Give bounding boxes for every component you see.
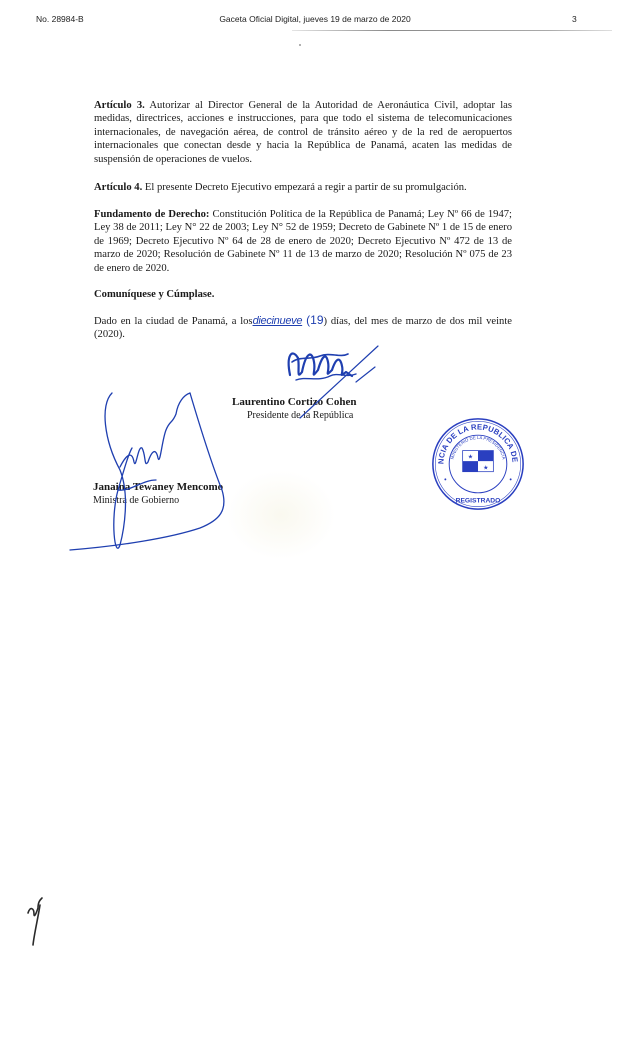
scan-speck xyxy=(299,44,301,46)
page-number: 3 xyxy=(572,14,577,24)
legal-basis: Fundamento de Derecho: Constitución Polí… xyxy=(94,208,512,275)
minister-title: Ministra de Gobierno xyxy=(93,495,179,506)
minister-name: Janaina Tewaney Mencomo xyxy=(93,481,223,493)
issue-number: No. 28984-B xyxy=(36,14,84,24)
minister-signature-icon xyxy=(70,393,224,550)
dated-clause: Dado en la ciudad de Panamá, a losdiecin… xyxy=(94,314,512,342)
article-4-text: El presente Decreto Ejecutivo empezará a… xyxy=(142,182,466,193)
article-4: Artículo 4. El presente Decreto Ejecutiv… xyxy=(94,181,512,194)
svg-text:★: ★ xyxy=(468,454,473,461)
president-name: Laurentino Cortizo Cohen xyxy=(232,396,356,408)
article-4-label: Artículo 4. xyxy=(94,182,142,193)
page-initials-icon xyxy=(28,898,42,945)
faded-watermark xyxy=(226,470,336,560)
svg-text:REGISTRADO: REGISTRADO xyxy=(456,497,501,504)
article-3: Artículo 3. Autorizar al Director Genera… xyxy=(94,99,512,166)
svg-text:★: ★ xyxy=(483,464,488,471)
legal-basis-label: Fundamento de Derecho: xyxy=(94,209,209,220)
dated-prefix: Dado en la ciudad de Panamá, a los xyxy=(94,316,253,327)
header-rule xyxy=(292,30,612,31)
presidency-seal-icon: PRESIDENCIA DE LA REPUBLICA DE PANAMA MI… xyxy=(430,416,526,512)
handwritten-day-number: (19 xyxy=(306,313,323,327)
article-3-text: Autorizar al Director General de la Auto… xyxy=(94,100,512,165)
article-3-label: Artículo 3. xyxy=(94,100,145,111)
president-title: Presidente de la República xyxy=(247,410,353,421)
closing-formula: Comuníquese y Cúmplase. xyxy=(94,288,512,301)
closing-text: Comuníquese y Cúmplase. xyxy=(94,289,214,300)
handwritten-day-word: diecinueve xyxy=(253,315,303,327)
publication-title: Gaceta Oficial Digital, jueves 19 de mar… xyxy=(200,14,430,24)
panama-flag-icon: ★ ★ xyxy=(463,451,494,472)
